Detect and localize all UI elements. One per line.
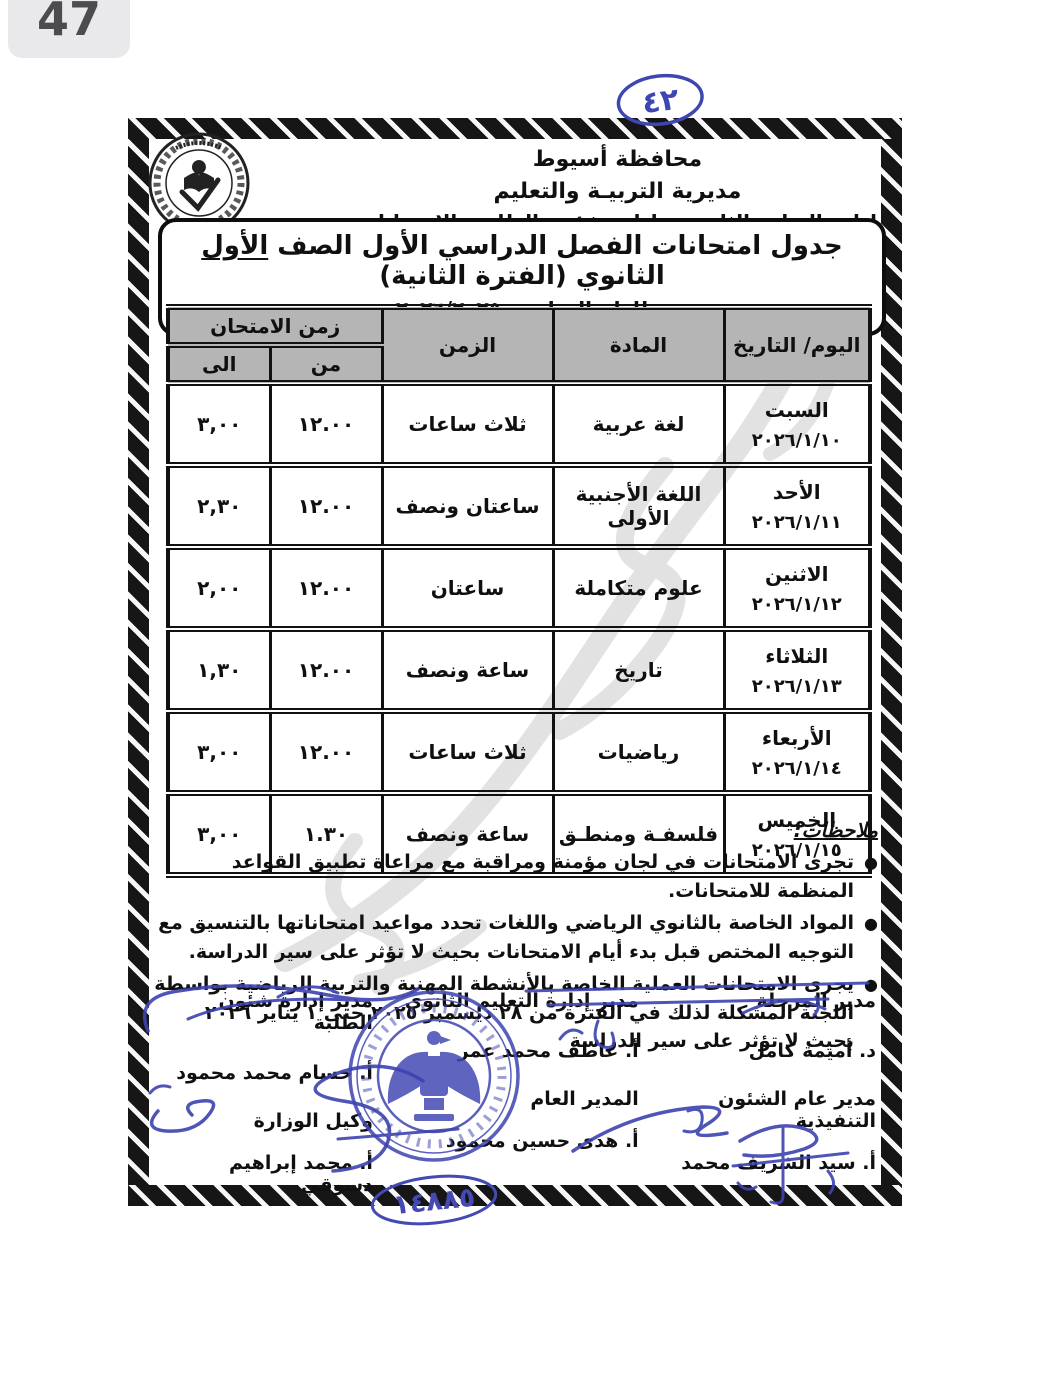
exam-date: ٢٠٢٦/١/١٤	[728, 758, 867, 779]
border-sawtooth-left	[128, 139, 149, 1185]
duration-cell: ثلاث ساعات	[382, 711, 553, 793]
duration-cell: ثلاث ساعات	[382, 383, 553, 465]
to-time-cell: ١,٣٠	[168, 629, 270, 711]
note-text: تجرى الامتحانات في لجان مؤمنة ومراقبة مع…	[154, 848, 854, 905]
signature-name: د. أميمة كامل	[653, 1040, 876, 1062]
to-time-cell: ٢,٣٠	[168, 465, 270, 547]
letterhead-governorate: محافظة أسيوط	[358, 144, 877, 176]
col-header-to: الى	[168, 345, 270, 383]
exam-date: ٢٠٢٦/١/١١	[728, 512, 867, 533]
col-header-subject: المادة	[553, 307, 724, 383]
to-time-cell: ٣,٠٠	[168, 711, 270, 793]
ink-circle-icon: ٤٢	[616, 71, 705, 129]
signature-column-right: مدير المرحلة د. أميمة كامل مدير عام الشئ…	[653, 990, 876, 1196]
circled-number-annotation: ٤٢	[600, 60, 720, 136]
signature-column-middle: مدير إدارة التعليم الثانوي أ. عاطف محمد …	[387, 990, 639, 1196]
day-name: الأربعاء	[728, 726, 867, 750]
scanned-exam-schedule-document: { "annotations": { "page_corner_number":…	[0, 0, 1060, 1400]
subject-cell: علوم متكاملة	[553, 547, 724, 629]
exam-date: ٢٠٢٦/١/١٣	[728, 676, 867, 697]
title-underlined-word: الأول	[201, 231, 268, 261]
note-item: ● تجرى الامتحانات في لجان مؤمنة ومراقبة …	[154, 848, 878, 905]
signatures-section: مدير المرحلة د. أميمة كامل مدير عام الشئ…	[154, 990, 876, 1196]
title-post: الثانوي (الفترة الثانية)	[379, 261, 665, 291]
from-time-cell: ١٢.٠٠	[270, 383, 382, 465]
subject-cell: اللغة الأجنبية الأولى	[553, 465, 724, 547]
to-time-cell: ٢,٠٠	[168, 547, 270, 629]
signature-name: أ. حسام محمد محمود	[154, 1062, 373, 1084]
from-time-cell: ١٢.٠٠	[270, 547, 382, 629]
table-row: الثلاثاء٢٠٢٦/١/١٣ تاريخ ساعة ونصف ١٢.٠٠ …	[168, 629, 870, 711]
table-row: الاثنين٢٠٢٦/١/١٢ علوم متكاملة ساعتان ١٢.…	[168, 547, 870, 629]
page-number-badge: 47	[8, 0, 130, 58]
signature-role: وكيل الوزارة	[154, 1110, 373, 1132]
signature-role: مدير عام الشئون التنفيذية	[653, 1088, 876, 1132]
duration-cell: ساعة ونصف	[382, 629, 553, 711]
day-name: الأحد	[728, 480, 867, 504]
exam-date: ٢٠٢٦/١/١٠	[728, 430, 867, 451]
day-name: السبت	[728, 398, 867, 422]
subject-cell: لغة عربية	[553, 383, 724, 465]
signature-role: مدير إدارة شئون الطلبة	[154, 990, 373, 1034]
signature-name: أ. سيد الشريف محمد	[653, 1152, 876, 1174]
note-text: المواد الخاصة بالثانوي الرياضي واللغات ت…	[154, 909, 854, 966]
exam-date: ٢٠٢٦/١/١٢	[728, 594, 867, 615]
col-header-from: من	[270, 345, 382, 383]
to-time-cell: ٣,٠٠	[168, 383, 270, 465]
from-time-cell: ١٢.٠٠	[270, 629, 382, 711]
signature-role: مدير إدارة التعليم الثانوي	[387, 990, 639, 1012]
subject-cell: تاريخ	[553, 629, 724, 711]
document-title: جدول امتحانات الفصل الدراسي الأول الصف ا…	[172, 231, 872, 291]
table-row: الأحد٢٠٢٦/١/١١ اللغة الأجنبية الأولى ساع…	[168, 465, 870, 547]
bullet-icon: ●	[864, 848, 878, 905]
day-name: الثلاثاء	[728, 644, 867, 668]
from-time-cell: ١٢.٠٠	[270, 465, 382, 547]
table-row: الأربعاء٢٠٢٦/١/١٤ رياضيات ثلاث ساعات ١٢.…	[168, 711, 870, 793]
document-frame: محافظة أسيوط مديرية التربيـة والتعليم إد…	[128, 118, 902, 1206]
signature-name: أ. محمد إبراهيم دسوقي	[154, 1152, 373, 1196]
circled-number-text: ٤٢	[640, 82, 681, 121]
col-header-day-date: اليوم/ التاريخ	[724, 307, 870, 383]
duration-cell: ساعتان	[382, 547, 553, 629]
exam-schedule-table: اليوم/ التاريخ المادة الزمن زمن الامتحان…	[166, 304, 868, 878]
signature-role: المدير العام	[387, 1088, 639, 1110]
table-row: السبت٢٠٢٦/١/١٠ لغة عربية ثلاث ساعات ١٢.٠…	[168, 383, 870, 465]
from-time-cell: ١٢.٠٠	[270, 711, 382, 793]
signature-role: مدير المرحلة	[653, 990, 876, 1012]
letterhead-directorate: مديرية التربيـة والتعليم	[358, 176, 877, 208]
subject-cell: رياضيات	[553, 711, 724, 793]
signature-name: أ. هدى حسين محمود	[387, 1130, 639, 1152]
title-pre: جدول امتحانات الفصل الدراسي الأول الصف	[268, 231, 842, 261]
col-header-duration: الزمن	[382, 307, 553, 383]
notes-title: ملاحظات:	[154, 818, 878, 842]
signature-name: أ. عاطف محمد عمر	[387, 1040, 639, 1062]
note-item: ● المواد الخاصة بالثانوي الرياضي واللغات…	[154, 909, 878, 966]
bullet-icon: ●	[864, 909, 878, 966]
col-header-exam-time: زمن الامتحان	[168, 307, 382, 345]
signature-column-left: مدير إدارة شئون الطلبة أ. حسام محمد محمو…	[154, 990, 373, 1196]
day-name: الاثنين	[728, 562, 867, 586]
duration-cell: ساعتان ونصف	[382, 465, 553, 547]
